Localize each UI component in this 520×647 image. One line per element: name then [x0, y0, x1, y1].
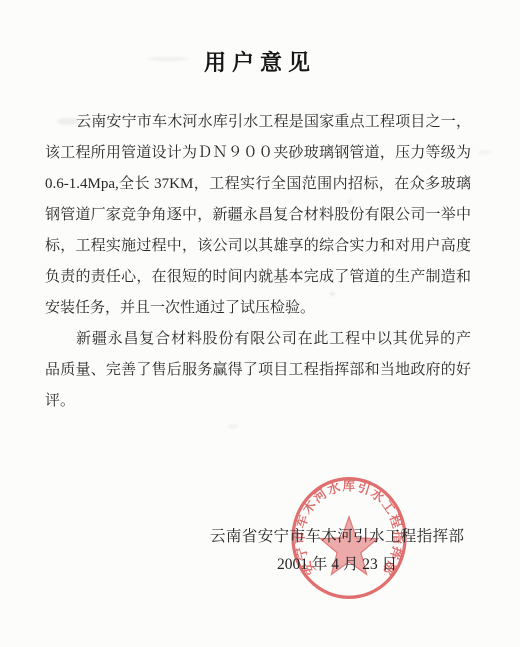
scan-smudge	[478, 150, 492, 155]
body-line: 0.6-1.4Mpa,全长 37KM，工程实行全国范围内招标，在众多玻璃	[45, 169, 471, 200]
body-line: 品质量、完善了售后服务赢得了项目工程指挥部和当地政府的好	[45, 355, 471, 386]
body-line: 负责的责任心，在很短的时间内就基本完成了管道的生产制造和	[45, 262, 471, 293]
page-title: 用户意见	[0, 46, 520, 77]
body-line: 评。	[45, 386, 471, 417]
scan-smudge	[228, 424, 238, 429]
body-line: 新疆永昌复合材料股份有限公司在此工程中以其优异的产	[45, 324, 471, 355]
signature-line: 云南省安宁市车木河引水工程指挥部	[210, 524, 464, 546]
letter-body: 云南安宁市车木河水库引水工程是国家重点工程项目之一，该工程所用管道设计为ＤＮ９０…	[45, 107, 471, 417]
body-line: 安装任务，并且一次性通过了试压检验。	[45, 293, 471, 324]
date-line: 2001 年 4 月 23 日	[277, 552, 397, 574]
scanned-letter-page: 用户意见 云南安宁市车木河水库引水工程是国家重点工程项目之一，该工程所用管道设计…	[0, 0, 520, 647]
body-line: 云南安宁市车木河水库引水工程是国家重点工程项目之一，	[45, 107, 471, 138]
body-line: 该工程所用管道设计为ＤＮ９００夹砂玻璃钢管道，压力等级为	[45, 138, 471, 169]
body-line: 标，工程实施过程中，该公司以其雄享的综合实力和对用户高度	[45, 231, 471, 262]
body-line: 钢管道厂家竞争角逐中，新疆永昌复合材料股份有限公司一举中	[45, 200, 471, 231]
